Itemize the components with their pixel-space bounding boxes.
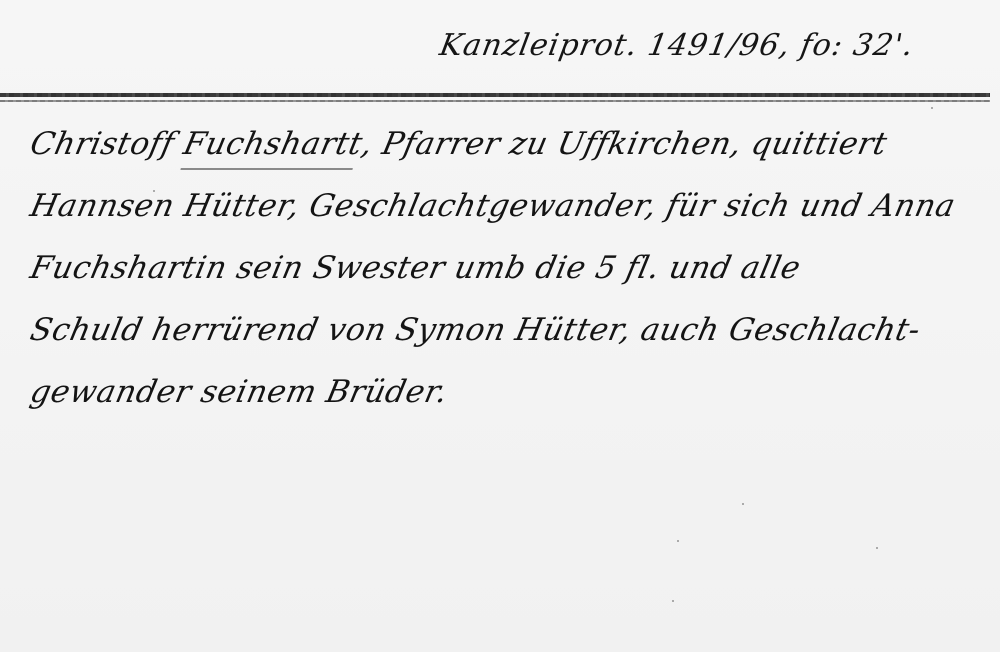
text-line-5: gewander seinem Brüder.	[22, 372, 995, 434]
archive-reference: Kanzleiprot. 1491/96, fo: 32'.	[437, 28, 917, 63]
underlined-surname: Fuchshartt	[180, 126, 366, 162]
header-rule-thin	[0, 100, 990, 102]
text-segment: , Pfarrer zu Uffkirchen, quittiert	[358, 126, 890, 162]
text-line-3: Fuchshartin sein Swester umb die 5 fl. u…	[22, 248, 995, 310]
archival-index-card: Kanzleiprot. 1491/96, fo: 32'. Christoff…	[0, 0, 1000, 652]
paper-speck	[742, 503, 744, 505]
paper-speck	[153, 190, 155, 192]
paper-speck	[931, 107, 933, 109]
paper-speck	[876, 547, 878, 549]
paper-speck	[672, 600, 674, 602]
text-line-2: Hannsen Hütter, Geschlachtgewander, für …	[22, 186, 995, 248]
text-line-4: Schuld herrürend von Symon Hütter, auch …	[22, 310, 995, 372]
text-segment: Christoff	[27, 126, 188, 162]
header-rule-thick	[0, 93, 990, 97]
text-line-1: Christoff Fuchshartt, Pfarrer zu Uffkirc…	[22, 124, 995, 186]
paper-speck	[677, 540, 679, 542]
card-body-text: Christoff Fuchshartt, Pfarrer zu Uffkirc…	[22, 124, 982, 434]
